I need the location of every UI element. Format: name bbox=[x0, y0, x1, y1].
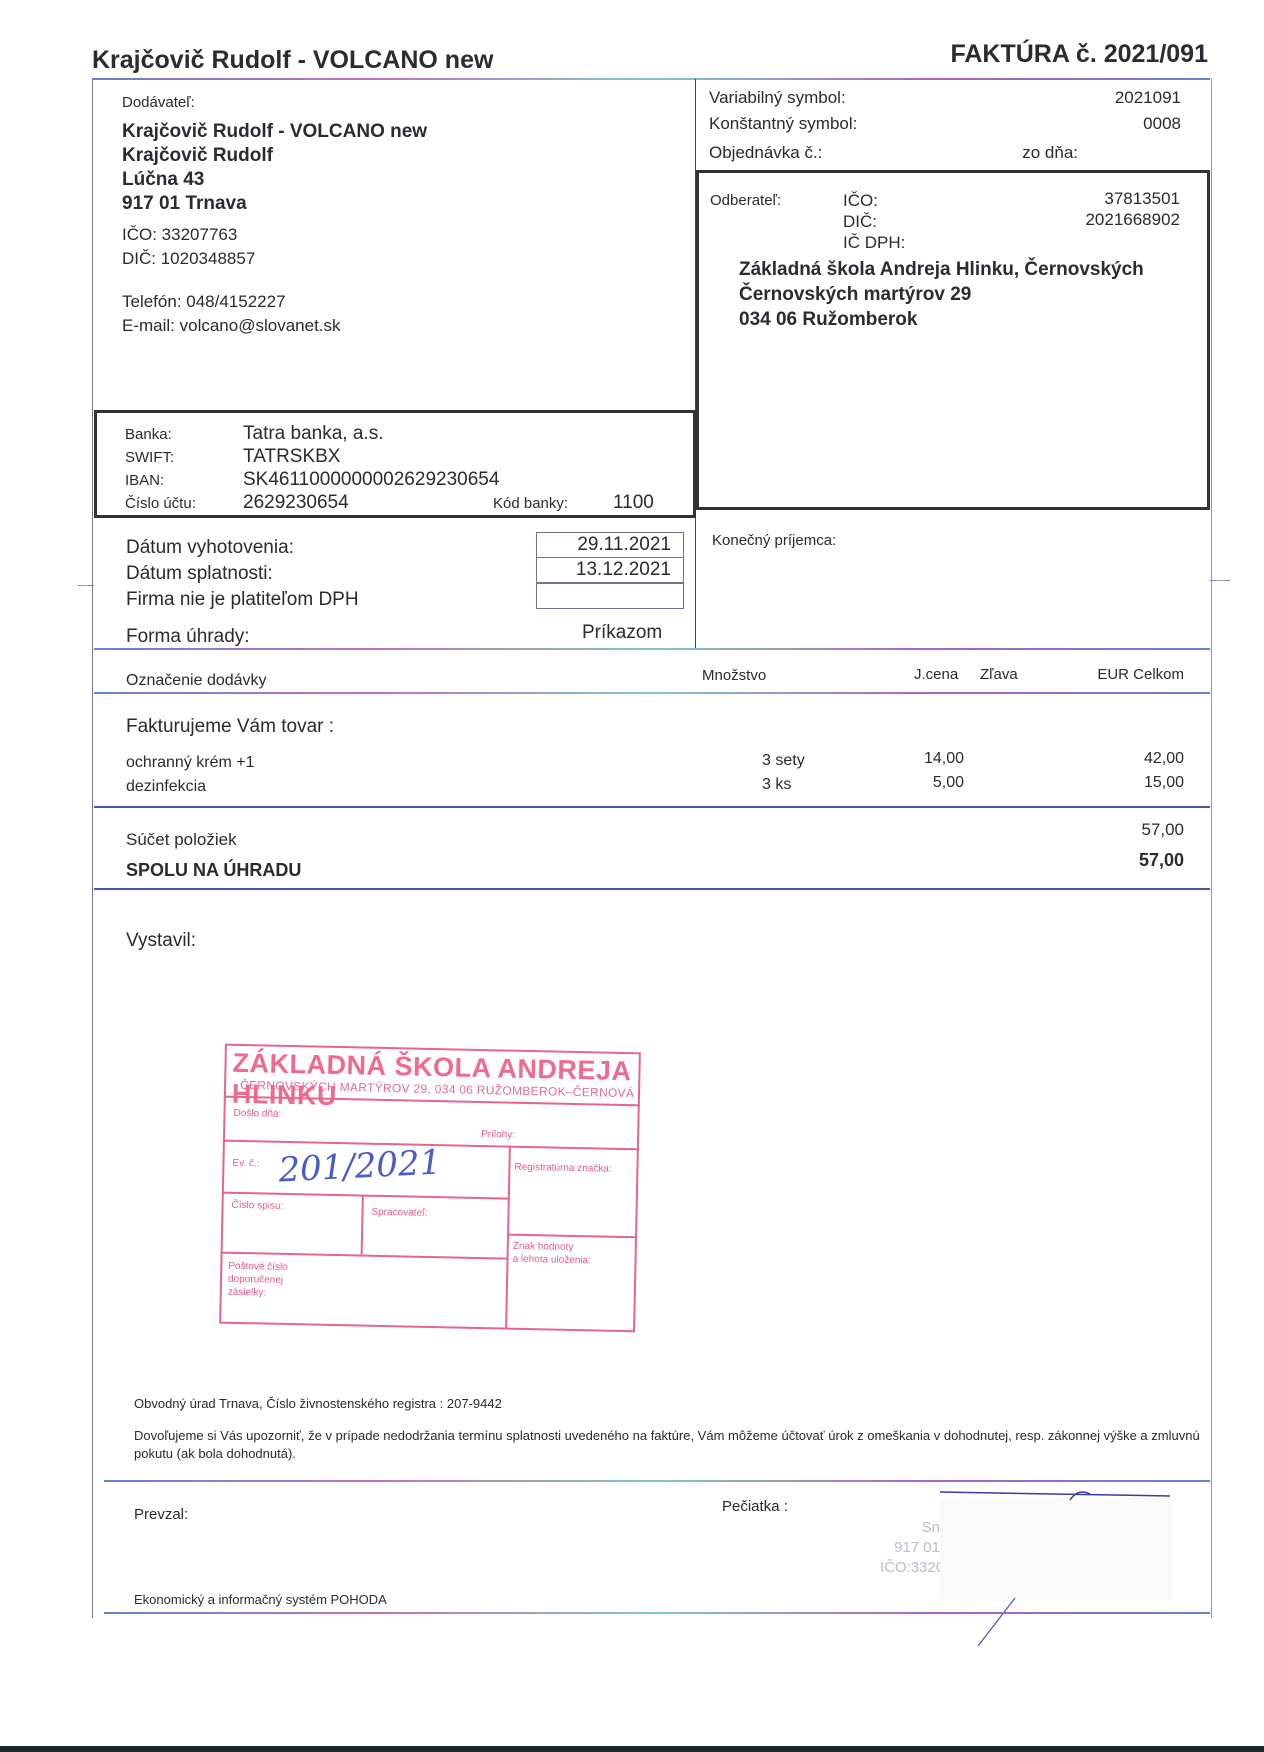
received-by-label: Prevzal: bbox=[134, 1506, 188, 1523]
sum-value: 57,00 bbox=[1141, 820, 1184, 840]
due-date-label: Dátum splatnosti: bbox=[126, 563, 273, 585]
supplier-city: 917 01 Trnava bbox=[122, 192, 427, 216]
stamp-registry-label: Registratúrna značka: bbox=[514, 1162, 611, 1175]
final-recipient-label: Konečný príjemca: bbox=[712, 532, 836, 549]
order-date-label: zo dňa: bbox=[1022, 143, 1078, 163]
divider bbox=[94, 888, 1210, 890]
divider bbox=[94, 648, 1210, 650]
stamp-file-label: Číslo spisu: bbox=[231, 1200, 283, 1212]
account-value: 2629230654 bbox=[243, 492, 493, 514]
stamp-post-label: Poštové číslo doporučenej zásielky: bbox=[228, 1260, 288, 1300]
buyer-address: Základná škola Andreja Hlinku, Černovský… bbox=[739, 257, 1179, 332]
supplier-name: Krajčovič Rudolf - VOLCANO new bbox=[122, 120, 427, 144]
fold-mark bbox=[78, 585, 94, 586]
fold-mark bbox=[1210, 580, 1230, 581]
bank-code-label: Kód banky: bbox=[493, 495, 613, 512]
vat-note-box bbox=[536, 583, 684, 609]
variable-symbol-value: 2021091 bbox=[1115, 88, 1181, 108]
supplier-ids: IČO: 33207763 DIČ: 1020348857 bbox=[122, 223, 255, 271]
account-label: Číslo účtu: bbox=[125, 495, 243, 512]
stamp-attachments-label: Prílohy: bbox=[481, 1129, 515, 1141]
late-payment-notice: Dovoľujeme si Vás upozorniť, že v prípad… bbox=[134, 1427, 1204, 1463]
col-total: EUR Celkom bbox=[1097, 666, 1184, 683]
col-description: Označenie dodávky bbox=[126, 672, 267, 690]
supplier-title: Krajčovič Rudolf - VOLCANO new bbox=[92, 46, 493, 75]
invoice-title: FAKTÚRA č. 2021/091 bbox=[950, 40, 1208, 69]
divider bbox=[92, 78, 1210, 80]
seal-label: Pečiatka : bbox=[722, 1498, 788, 1515]
constant-symbol-value: 0008 bbox=[1143, 114, 1181, 134]
issued-by-label: Vystavil: bbox=[126, 930, 196, 952]
bank-label: Banka: bbox=[125, 426, 243, 443]
stamp-post-label-2: doporučenej bbox=[228, 1273, 288, 1287]
supplier-phone: Telefón: 048/4152227 bbox=[122, 290, 341, 314]
item-description: dezinfekcia bbox=[126, 778, 206, 796]
supplier-email: E-mail: volcano@slovanet.sk bbox=[122, 314, 341, 338]
iban-value: SK4611000000002629230654 bbox=[243, 469, 499, 491]
buyer-city: 034 06 Ružomberok bbox=[739, 307, 1179, 332]
registry-stamp: ZÁKLADNÁ ŠKOLA ANDREJA HLINKU ČERNOVSKÝC… bbox=[219, 1044, 645, 1333]
payment-value: Príkazom bbox=[582, 622, 662, 644]
buyer-id-values: 37813501 2021668902 bbox=[1085, 188, 1180, 230]
buyer-ico-label: IČO: bbox=[843, 190, 905, 211]
stamp-received-label: Došlo dňa: bbox=[233, 1108, 281, 1120]
variable-symbol-label: Variabilný symbol: bbox=[709, 88, 846, 108]
buyer-ico-value: 37813501 bbox=[1085, 188, 1180, 209]
supplier-ico: IČO: 33207763 bbox=[122, 223, 255, 247]
supplier-contact: Telefón: 048/4152227 E-mail: volcano@slo… bbox=[122, 290, 341, 338]
sum-label: Súčet položiek bbox=[126, 830, 237, 850]
stamp-ev-label: Ev. č.: bbox=[232, 1158, 259, 1170]
variable-symbol-row: Variabilný symbol: 2021091 bbox=[709, 88, 1181, 108]
registry-note: Obvodný úrad Trnava, Číslo živnostenskéh… bbox=[134, 1396, 502, 1411]
supplier-street: Lúčna 43 bbox=[122, 168, 427, 192]
item-unit-price: 14,00 bbox=[924, 750, 964, 768]
buyer-street: Černovských martýrov 29 bbox=[739, 282, 1179, 307]
order-label: Objednávka č.: bbox=[709, 143, 822, 163]
item-unit-price: 5,00 bbox=[933, 774, 964, 792]
supplier-label: Dodávateľ: bbox=[122, 94, 195, 111]
payment-label: Forma úhrady: bbox=[126, 626, 250, 648]
stamp-post-label-1: Poštové číslo bbox=[228, 1260, 288, 1274]
buyer-dic-label: DIČ: bbox=[843, 211, 905, 232]
bank-value: Tatra banka, a.s. bbox=[243, 423, 383, 445]
stamp-value-label-2: a lehota uloženia: bbox=[512, 1253, 591, 1268]
item-quantity: 3 sety bbox=[762, 752, 805, 770]
stamp-ev-value: 201/2021 bbox=[278, 1143, 443, 1191]
swift-label: SWIFT: bbox=[125, 449, 243, 466]
item-quantity: 3 ks bbox=[762, 776, 791, 794]
stamp-value-label: Znak hodnoty a lehota uloženia: bbox=[512, 1240, 591, 1268]
account-row: Číslo účtu: 2629230654 Kód banky: 1100 bbox=[125, 492, 654, 514]
buyer-id-labels: IČO: DIČ: IČ DPH: bbox=[843, 190, 905, 253]
constant-symbol-label: Konštantný symbol: bbox=[709, 114, 857, 134]
issue-date-value: 29.11.2021 bbox=[536, 532, 684, 558]
issue-date-label: Dátum vyhotovenia: bbox=[126, 537, 294, 559]
items-intro: Fakturujeme Vám tovar : bbox=[126, 716, 334, 738]
iban-row: IBAN: SK4611000000002629230654 bbox=[125, 469, 499, 491]
buyer-icdph-label: IČ DPH: bbox=[843, 232, 905, 253]
item-description: ochranný krém +1 bbox=[126, 754, 255, 772]
order-row: Objednávka č.: zo dňa: bbox=[709, 143, 1181, 163]
col-discount: Zľava bbox=[980, 666, 1018, 683]
bank-box: Banka: Tatra banka, a.s. SWIFT: TATRSKBX… bbox=[94, 410, 696, 518]
item-total: 15,00 bbox=[1144, 774, 1184, 792]
divider bbox=[104, 1612, 1210, 1614]
buyer-name: Základná škola Andreja Hlinku, Černovský… bbox=[739, 257, 1179, 282]
bank-code-value: 1100 bbox=[613, 492, 654, 514]
buyer-label: Odberateľ: bbox=[710, 192, 781, 209]
divider bbox=[94, 806, 1210, 808]
supplier-dic: DIČ: 1020348857 bbox=[122, 247, 255, 271]
swift-value: TATRSKBX bbox=[243, 446, 340, 468]
item-total: 42,00 bbox=[1144, 750, 1184, 768]
supplier-person: Krajčovič Rudolf bbox=[122, 144, 427, 168]
iban-label: IBAN: bbox=[125, 472, 243, 489]
stamp-handler-label: Spracovateľ: bbox=[371, 1207, 427, 1219]
swift-row: SWIFT: TATRSKBX bbox=[125, 446, 340, 468]
buyer-dic-value: 2021668902 bbox=[1085, 209, 1180, 230]
bank-name-row: Banka: Tatra banka, a.s. bbox=[125, 423, 383, 445]
signature-strokes bbox=[900, 1480, 1180, 1650]
scan-edge bbox=[0, 1746, 1264, 1752]
total-label: SPOLU NA ÚHRADU bbox=[126, 860, 301, 881]
supplier-address: Krajčovič Rudolf - VOLCANO new Krajčovič… bbox=[122, 120, 427, 216]
due-date-value: 13.12.2021 bbox=[536, 557, 684, 583]
vat-note: Firma nie je platiteľom DPH bbox=[126, 589, 359, 611]
total-value: 57,00 bbox=[1139, 850, 1184, 871]
stamp-post-label-3: zásielky: bbox=[228, 1286, 288, 1300]
col-quantity: Množstvo bbox=[702, 667, 766, 684]
constant-symbol-row: Konštantný symbol: 0008 bbox=[709, 114, 1181, 134]
divider bbox=[94, 692, 1210, 694]
col-unit-price: J.cena bbox=[914, 666, 958, 683]
software-note: Ekonomický a informačný systém POHODA bbox=[134, 1592, 387, 1607]
